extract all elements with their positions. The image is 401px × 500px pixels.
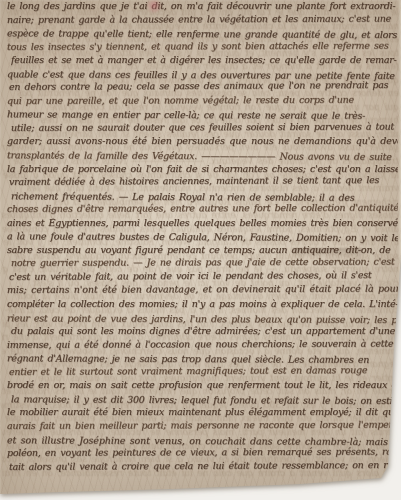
ink-smudge [292, 248, 362, 258]
handwriting-line: qui par une pareille, et que l'on nomme … [7, 94, 398, 109]
handwriting-line: compléter la collection des momies; il n… [7, 299, 398, 313]
handwriting-line: du palais qui sont les moins dignes d'êt… [11, 326, 398, 340]
handwriting-line: entier et le lit surtout sont vraiment m… [9, 365, 398, 381]
handwriting-line: aurais fait un bien meilleur parti; mais… [7, 420, 398, 435]
letter-page: le long des jardins que je t'ai dit, on … [0, 0, 401, 500]
handwriting-line: utile; aussi on ne saurait douter que ce… [11, 122, 398, 137]
handwriting-line: tous les insectes s'y tiennent, et quand… [7, 40, 398, 55]
handwriting-line: vraiment dédiée à des histoires ancienne… [9, 175, 398, 191]
handwriting-line: aines et Égyptiennes, parmi lesquelles q… [7, 218, 398, 232]
handwriting-line: choses dignes d'être remarquées, entre a… [7, 203, 398, 218]
handwriting-line: naire; prenant garde à la chaussée entre… [7, 13, 398, 28]
handwriting-line: le long des jardins que je t'ai dit, on … [7, 1, 398, 15]
handwriting-line: en dehors contre la peau; cela se passe … [9, 80, 398, 96]
handwriting-line: tait alors qu'il venait à croire que cel… [9, 460, 398, 476]
scan-background: { "document": { "lines": [ "le long des … [0, 0, 401, 500]
handwriting-line: mis; certains n'ont été bien davantage, … [7, 284, 398, 299]
handwriting-text-block: le long des jardins que je t'ai dit, on … [7, 1, 398, 475]
handwriting-line: immense, qui a été donné à l'occasion qu… [7, 338, 398, 353]
pink-ink-mark [146, 0, 162, 14]
handwriting-line: brodé en or, mais on sait cette profusio… [7, 380, 398, 394]
handwriting-line: feuilles et se met à manger et à digérer… [11, 55, 398, 69]
handwriting-line: garder; aussi avons-nous été bien persua… [7, 136, 398, 150]
letter-scan: le long des jardins que je t'ai dit, on … [0, 0, 401, 500]
